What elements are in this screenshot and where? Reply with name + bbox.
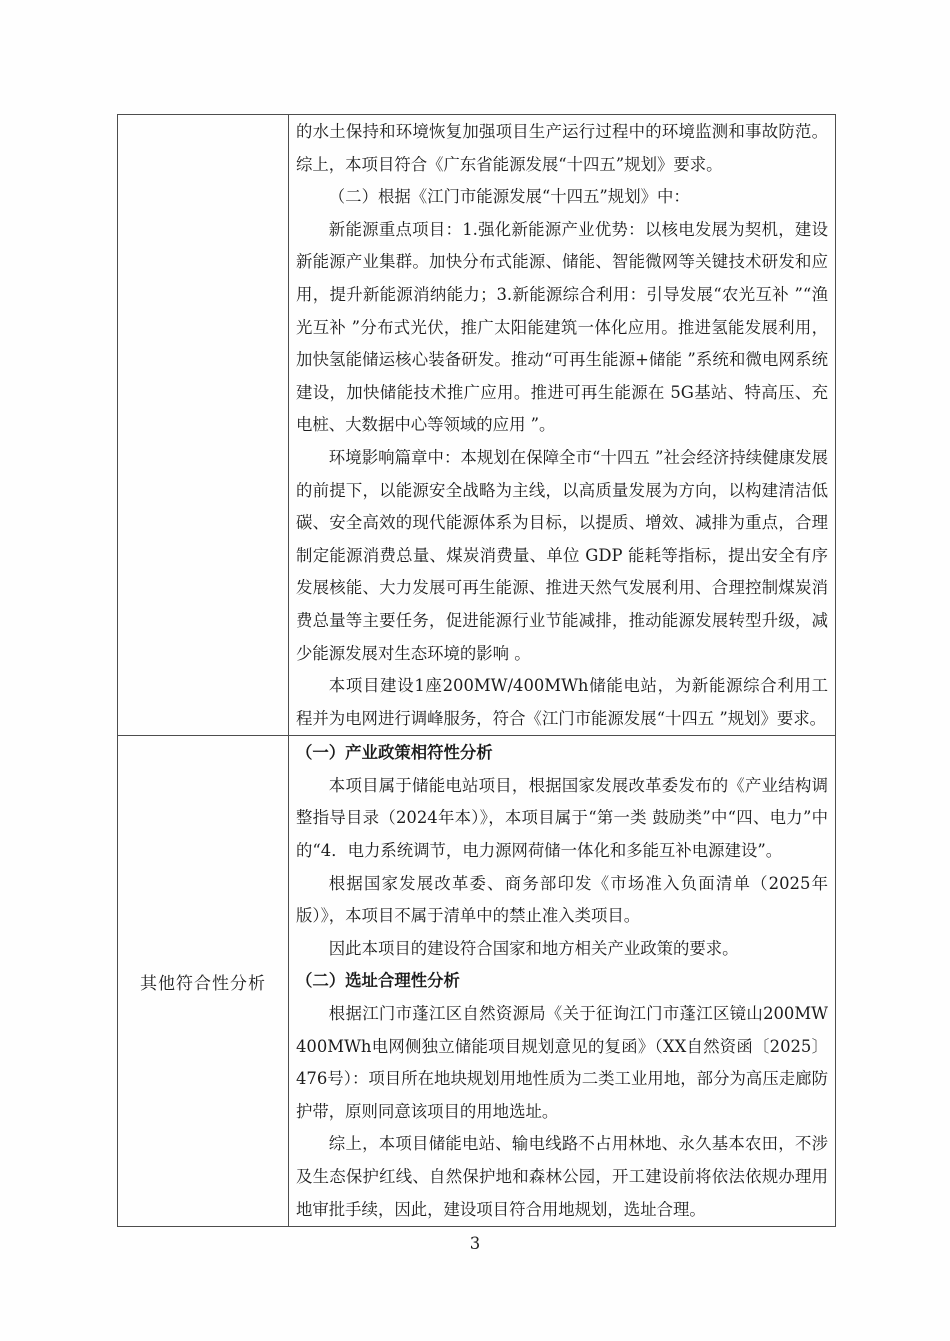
paragraph: 因此本项目的建设符合国家和地方相关产业政策的要求。 xyxy=(296,933,828,966)
page-number: 3 xyxy=(0,1234,950,1253)
paragraph: 环境影响篇章中：本规划在保障全市“十四五 ”社会经济持续健康发展的前提下，以能源… xyxy=(296,442,828,670)
table-row: 的水土保持和环境恢复加强项目生产运行过程中的环境监测和事故防范。综上，本项目符合… xyxy=(118,115,836,736)
paragraph: 综上，本项目储能电站、输电线路不占用林地、永久基本农田，不涉及生态保护红线、自然… xyxy=(296,1128,828,1226)
section-heading: （二）选址合理性分析 xyxy=(296,965,828,998)
paragraph: 本项目属于储能电站项目，根据国家发展改革委发布的《产业结构调整指导目录（2024… xyxy=(296,770,828,868)
document-page: 的水土保持和环境恢复加强项目生产运行过程中的环境监测和事故防范。综上，本项目符合… xyxy=(0,0,950,1341)
row-label: 其他符合性分析 xyxy=(140,974,266,994)
paragraph: 本项目建设1座200MW/400MWh储能电站，为新能源综合利用工程并为电网进行… xyxy=(296,670,828,735)
paragraph: 的水土保持和环境恢复加强项目生产运行过程中的环境监测和事故防范。综上，本项目符合… xyxy=(296,116,828,181)
row-label-cell xyxy=(118,115,289,736)
paragraph: 新能源重点项目：1.强化新能源产业优势：以核电发展为契机，建设新能源产业集群。加… xyxy=(296,214,828,442)
paragraph: （二）根据《江门市能源发展“十四五”规划》中： xyxy=(296,181,828,214)
row-content-cell: （一）产业政策相符性分析本项目属于储能电站项目，根据国家发展改革委发布的《产业结… xyxy=(289,736,836,1227)
row-content-cell: 的水土保持和环境恢复加强项目生产运行过程中的环境监测和事故防范。综上，本项目符合… xyxy=(289,115,836,736)
table-row: 其他符合性分析（一）产业政策相符性分析本项目属于储能电站项目，根据国家发展改革委… xyxy=(118,736,836,1227)
row-label-cell: 其他符合性分析 xyxy=(118,736,289,1227)
section-heading: （一）产业政策相符性分析 xyxy=(296,737,828,770)
paragraph: 根据国家发展改革委、商务部印发《市场准入负面清单（2025年版）》，本项目不属于… xyxy=(296,868,828,933)
paragraph: 根据江门市蓬江区自然资源局《关于征询江门市蓬江区镜山200MW400MWh电网侧… xyxy=(296,998,828,1128)
compliance-analysis-table: 的水土保持和环境恢复加强项目生产运行过程中的环境监测和事故防范。综上，本项目符合… xyxy=(117,114,836,1227)
